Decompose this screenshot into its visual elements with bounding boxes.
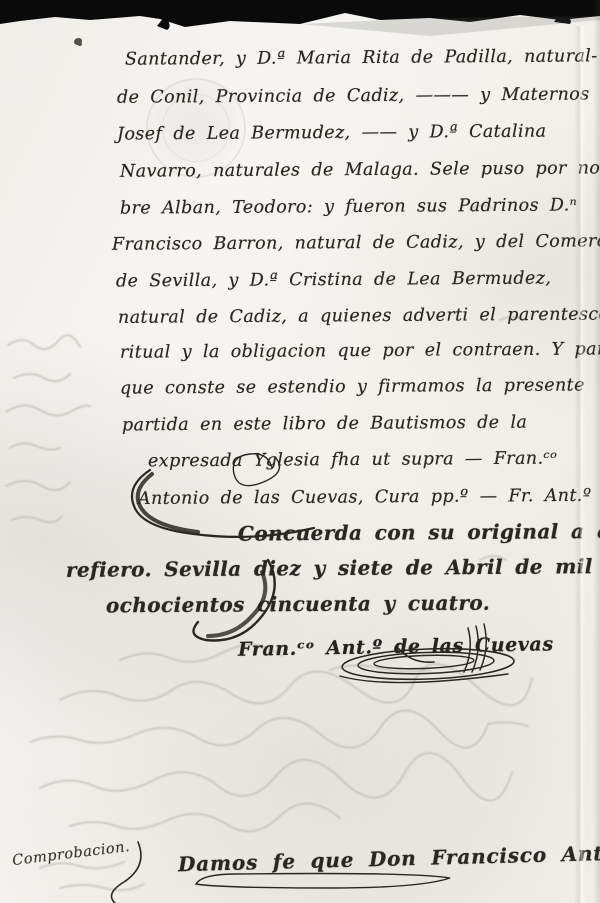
attestation-line: Damos fe que Don Francisco Antonio [178,840,600,876]
paper-fold [574,26,586,903]
manuscript-line: partida en este libro de Bautismos de la [122,413,527,436]
page-edge-shadow [593,0,600,903]
manuscript-page: Santander, y D.ª Maria Rita de Padilla, … [0,0,600,903]
signature-text: Fran.ᶜᵒ Ant.º de las Cuevas [238,633,554,661]
manuscript-line: expresada Yglesia fha ut supra — Fran.ᶜᵒ [148,449,557,472]
torn-page-edge [0,0,600,42]
manuscript-line: Josef de Lea Bermudez, —— y D.ª Catalina [117,122,547,145]
manuscript-line: natural de Cadiz, a quienes adverti el p… [118,304,600,328]
manuscript-line: que conste se estendio y firmamos la pre… [120,375,585,398]
manuscript-line: Concuerda con su original a que me [238,518,600,545]
manuscript-line: de Conil, Provincia de Cadiz, ——— y Mate… [117,84,600,108]
marginal-note: Comprobacion. [11,839,130,869]
manuscript-line: Antonio de las Cuevas, Cura pp.º — Fr. A… [138,485,600,509]
manuscript-line: refiero. Sevilla diez y siete de Abril d… [66,554,593,582]
manuscript-line: ritual y la obligacion que por el contra… [120,339,600,362]
manuscript-line: de Sevilla, y D.ª Cristina de Lea Bermud… [116,268,551,291]
manuscript-line: Francisco Barron, natural de Cadiz, y de… [112,231,600,255]
manuscript-line: ochocientos cincuenta y cuatro. [106,591,490,618]
manuscript-line: bre Alban, Teodoro: y fueron sus Padrino… [120,195,577,218]
manuscript-line: Navarro, naturales de Malaga. Sele puso … [120,158,600,181]
manuscript-line: Santander, y D.ª Maria Rita de Padilla, … [125,46,598,69]
